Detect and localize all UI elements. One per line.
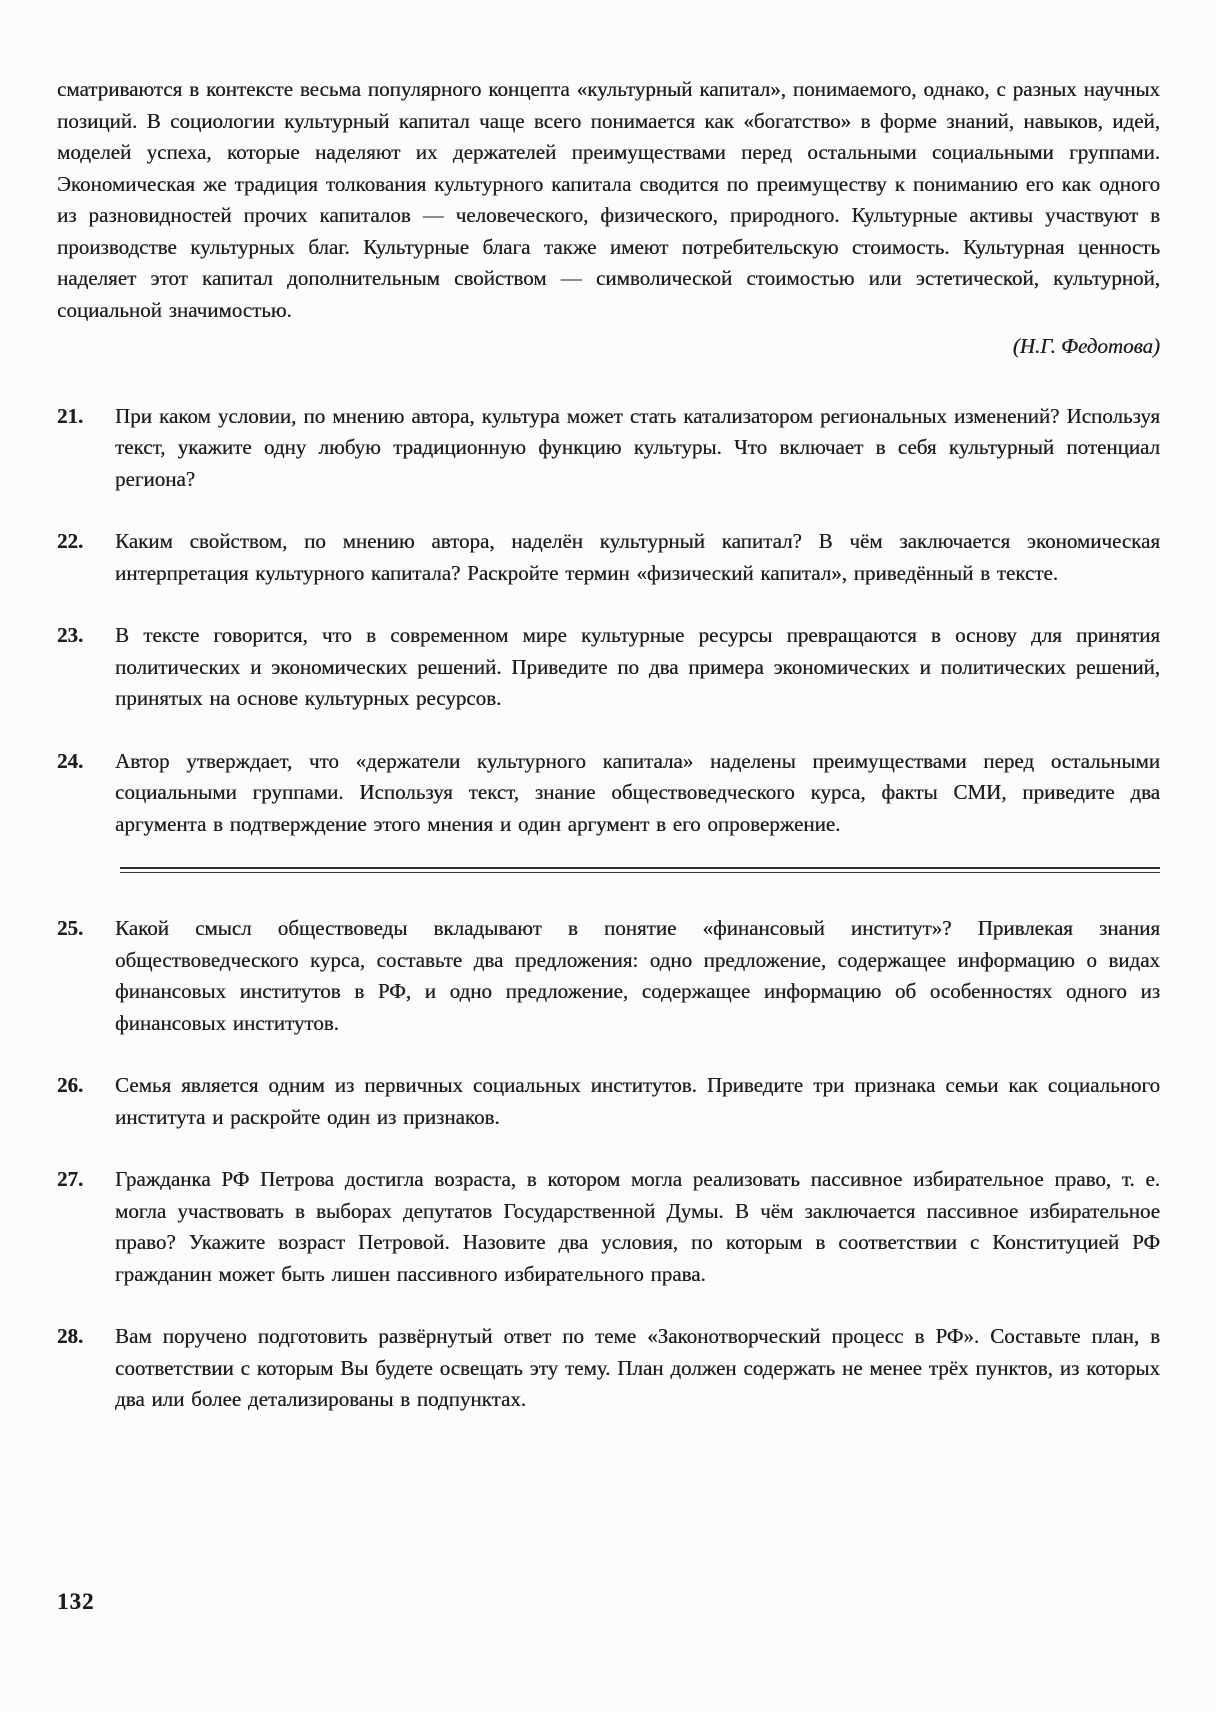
question-text: Семья является одним из первичных социал… <box>115 1070 1160 1133</box>
question-25: 25. Какой смысл обществоведы вкладывают … <box>57 913 1160 1039</box>
question-23: 23. В тексте говорится, что в современно… <box>57 620 1160 715</box>
question-24: 24. Автор утверждает, что «держатели кул… <box>57 746 1160 841</box>
question-text: Гражданка РФ Петрова достигла возраста, … <box>115 1164 1160 1290</box>
question-text: Каким свойством, по мнению автора, надел… <box>115 526 1160 589</box>
question-21: 21. При каком условии, по мнению автора,… <box>57 401 1160 496</box>
question-text: Автор утверждает, что «держатели культур… <box>115 746 1160 841</box>
question-number: 26. <box>57 1070 115 1133</box>
question-number: 27. <box>57 1164 115 1290</box>
question-number: 22. <box>57 526 115 589</box>
question-27: 27. Гражданка РФ Петрова достигла возрас… <box>57 1164 1160 1290</box>
passage-attribution: (Н.Г. Федотова) <box>57 331 1160 363</box>
question-number: 23. <box>57 620 115 715</box>
question-26: 26. Семья является одним из первичных со… <box>57 1070 1160 1133</box>
passage-text: сматриваются в контексте весьма популярн… <box>57 74 1160 326</box>
page-number: 132 <box>57 1586 95 1618</box>
question-number: 21. <box>57 401 115 496</box>
question-text: При каком условии, по мнению автора, кул… <box>115 401 1160 496</box>
question-text: Какой смысл обществоведы вкладывают в по… <box>115 913 1160 1039</box>
question-text: В тексте говорится, что в современном ми… <box>115 620 1160 715</box>
section-divider <box>120 867 1160 873</box>
scanned-textbook-page: сматриваются в контексте весьма популярн… <box>0 0 1216 1712</box>
question-22: 22. Каким свойством, по мнению автора, н… <box>57 526 1160 589</box>
question-number: 28. <box>57 1321 115 1416</box>
question-text: Вам поручено подготовить развёрнутый отв… <box>115 1321 1160 1416</box>
question-number: 24. <box>57 746 115 841</box>
question-28: 28. Вам поручено подготовить развёрнутый… <box>57 1321 1160 1416</box>
question-number: 25. <box>57 913 115 1039</box>
page-content: сматриваются в контексте весьма популярн… <box>57 74 1160 1416</box>
